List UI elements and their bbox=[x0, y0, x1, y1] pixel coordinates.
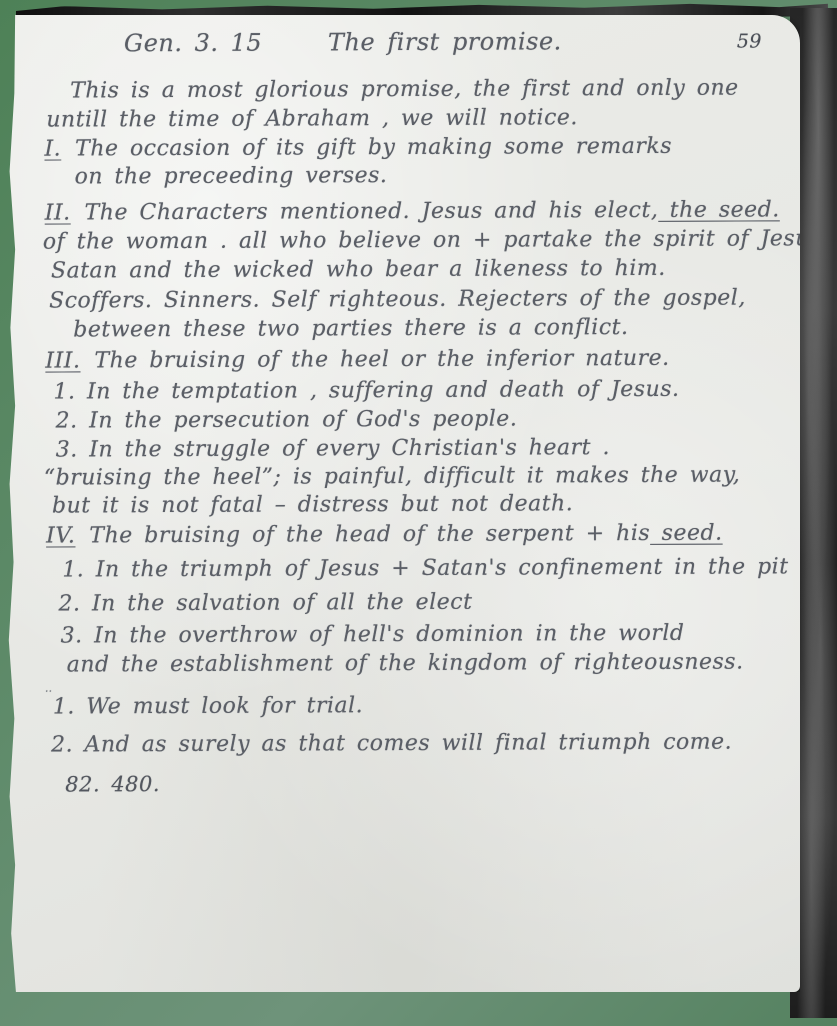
scan-background: { "document": { "page_number": "59", "he… bbox=[0, 0, 837, 1026]
line-text: This is a most glorious promise, the fir… bbox=[70, 76, 739, 104]
manuscript-line: This is a most glorious promise, the fir… bbox=[70, 74, 778, 105]
manuscript-line: “bruising the heel”; is painful, difficu… bbox=[44, 461, 780, 492]
manuscript-line: 2. In the persecution of God's people. bbox=[56, 404, 780, 435]
manuscript-line: II.The Characters mentioned. Jesus and h… bbox=[45, 196, 779, 227]
manuscript-line: between these two parties there is a con… bbox=[73, 313, 779, 344]
line-text: The bruising of the heel or the inferior… bbox=[94, 346, 669, 374]
manuscript-line: 2. In the salvation of all the elect bbox=[58, 587, 780, 618]
line-text: 2. In the salvation of all the elect bbox=[58, 590, 472, 617]
page-title: The first promise. bbox=[328, 27, 562, 56]
line-text: between these two parties there is a con… bbox=[73, 315, 628, 342]
scripture-reference: Gen. 3. 15 bbox=[124, 29, 262, 58]
line-text: Satan and the wicked who bear a likeness… bbox=[51, 256, 666, 284]
page-header: Gen. 3. 15 The first promise. 59 bbox=[6, 26, 798, 63]
line-text: 2. And as surely as that comes will fina… bbox=[51, 730, 732, 758]
page-number: 59 bbox=[737, 30, 762, 52]
manuscript-line: but it is not fatal – distress but not d… bbox=[52, 489, 780, 520]
manuscript-line: 1. In the triumph of Jesus + Satan's con… bbox=[62, 553, 780, 584]
page-content: Gen. 3. 15 The first promise. 59 This is… bbox=[6, 13, 802, 993]
line-text: 1. In the temptation , suffering and dea… bbox=[53, 377, 679, 405]
manuscript-line: 3. In the overthrow of hell's dominion i… bbox=[61, 619, 781, 650]
manuscript-line: 3. In the struggle of every Christian's … bbox=[56, 433, 780, 464]
manuscript-line: III.The bruising of the heel or the infe… bbox=[45, 344, 779, 375]
line-text: Scoffers. Sinners. Self righteous. Rejec… bbox=[49, 286, 746, 314]
footer-numbers: 82. 480. bbox=[65, 768, 801, 797]
line-tail: seed. bbox=[650, 521, 723, 546]
manuscript-line: of the woman . all who believe on + part… bbox=[43, 225, 779, 256]
line-text: 2. In the persecution of God's people. bbox=[56, 407, 518, 434]
line-text: on the preceeding verses. bbox=[75, 163, 388, 189]
line-lead: IV. bbox=[46, 523, 75, 548]
manuscript-line: untill the time of Abraham , we will not… bbox=[46, 103, 778, 134]
manuscript-page: Gen. 3. 15 The first promise. 59 This is… bbox=[8, 15, 800, 992]
line-text: The Characters mentioned. Jesus and his … bbox=[85, 198, 659, 226]
manuscript-line: and the establishment of the kingdom of … bbox=[67, 648, 781, 679]
manuscript-line: IV.The bruising of the head of the serpe… bbox=[46, 519, 780, 550]
line-text: untill the time of Abraham , we will not… bbox=[46, 105, 578, 132]
line-text: The occasion of its gift by making some … bbox=[75, 134, 672, 162]
line-text: “bruising the heel”; is painful, difficu… bbox=[44, 463, 740, 491]
line-text: 3. In the overthrow of hell's dominion i… bbox=[61, 621, 685, 649]
manuscript-line: I.The occasion of its gift by making som… bbox=[44, 132, 778, 163]
line-lead: II. bbox=[45, 200, 71, 225]
manuscript-line: 1. We must look for trial. bbox=[53, 690, 781, 721]
manuscript-line: Scoffers. Sinners. Self righteous. Rejec… bbox=[49, 284, 779, 315]
line-lead: I. bbox=[44, 136, 61, 161]
manuscript-line: 1. In the temptation , suffering and dea… bbox=[53, 375, 779, 406]
line-text: 1. In the triumph of Jesus + Satan's con… bbox=[62, 554, 788, 582]
line-text: 1. We must look for trial. bbox=[53, 693, 363, 719]
manuscript-line: 2. And as surely as that comes will fina… bbox=[51, 728, 781, 759]
manuscript-line: on the preceeding verses. bbox=[75, 160, 779, 191]
line-text: 3. In the struggle of every Christian's … bbox=[56, 435, 610, 462]
manuscript-body: This is a most glorious promise, the fir… bbox=[40, 74, 781, 759]
line-text: The bruising of the head of the serpent … bbox=[89, 521, 650, 548]
line-text: but it is not fatal – distress but not d… bbox=[52, 491, 573, 518]
line-text: of the woman . all who believe on + part… bbox=[43, 226, 829, 254]
line-tail: the seed. bbox=[658, 197, 780, 223]
line-lead: III. bbox=[45, 348, 80, 373]
manuscript-line: Satan and the wicked who bear a likeness… bbox=[51, 254, 779, 285]
line-text: and the establishment of the kingdom of … bbox=[67, 650, 744, 678]
